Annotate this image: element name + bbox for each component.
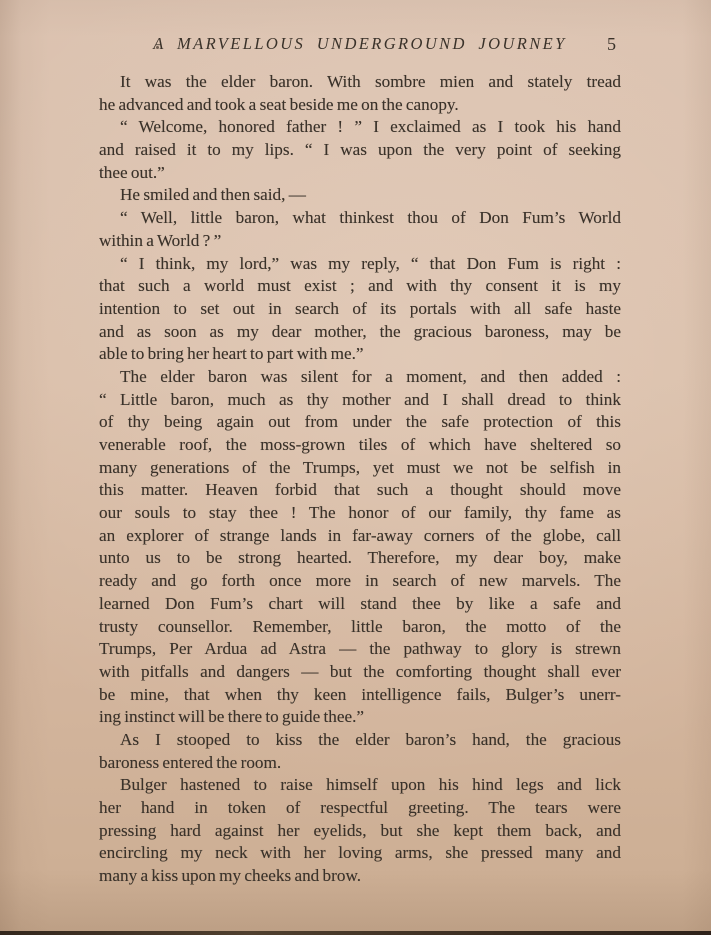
text-line: ready and go forth once more in search o… [99,570,621,593]
text-line: As I stooped to kiss the elder baron’s h… [99,729,621,752]
page-number: 5 [607,34,616,55]
text-line: that such a world must exist ; and with … [99,275,621,298]
text-line: Bulger hastened to raise himself upon hi… [99,774,621,797]
text-line: He smiled and then said, — [99,184,621,207]
text-line: trusty counsellor. Remember, little baro… [99,616,621,639]
text-line: able to bring her heart to part with me.… [99,343,621,366]
text-line: many generations of the Trumps, yet must… [99,457,621,480]
text-line: be mine, that when thy keen intelligence… [99,684,621,707]
text-line: thee out.” [99,162,621,185]
scan-speck [156,46,159,49]
text-line: of thy being again out from under the sa… [99,411,621,434]
text-line: this matter. Heaven forbid that such a t… [99,479,621,502]
text-line: he advanced and took a seat beside me on… [99,94,621,117]
page-bottom-edge [0,931,711,935]
text-line: baroness entered the room. [99,752,621,775]
text-line: many a kiss upon my cheeks and brow. [99,865,621,888]
running-title: A MARVELLOUS UNDERGROUND JOURNEY [99,34,621,54]
text-line: The elder baron was silent for a moment,… [99,366,621,389]
text-line: within a World ? ” [99,230,621,253]
text-line: her hand in token of respectful greeting… [99,797,621,820]
text-line: intention to set out in search of its po… [99,298,621,321]
text-line: learned Don Fum’s chart will stand thee … [99,593,621,616]
text-line: our souls to stay thee ! The honor of ou… [99,502,621,525]
text-line: encircling my neck with her loving arms,… [99,842,621,865]
text-line: ing instinct will be there to guide thee… [99,706,621,729]
text-line: “ Little baron, much as thy mother and I… [99,389,621,412]
running-header: A MARVELLOUS UNDERGROUND JOURNEY 5 [99,34,621,58]
text-line: “ I think, my lord,” was my reply, “ tha… [99,253,621,276]
text-line: It was the elder baron. With sombre mien… [99,71,621,94]
book-page: A MARVELLOUS UNDERGROUND JOURNEY 5 It wa… [0,0,711,935]
text-line: unto us to be strong hearted. Therefore,… [99,547,621,570]
text-line: an explorer of strange lands in far-away… [99,525,621,548]
text-line: and as soon as my dear mother, the graci… [99,321,621,344]
text-line: venerable roof, the moss-grown tiles of … [99,434,621,457]
body-text: It was the elder baron. With sombre mien… [99,71,621,888]
text-line: Trumps, Per Ardua ad Astra — the pathway… [99,638,621,661]
text-line: “ Welcome, honored father ! ” I exclaime… [99,116,621,139]
text-line: “ Well, little baron, what thinkest thou… [99,207,621,230]
text-line: and raised it to my lips. “ I was upon t… [99,139,621,162]
text-line: with pitfalls and dangers — but the comf… [99,661,621,684]
text-line: pressing hard against her eyelids, but s… [99,820,621,843]
